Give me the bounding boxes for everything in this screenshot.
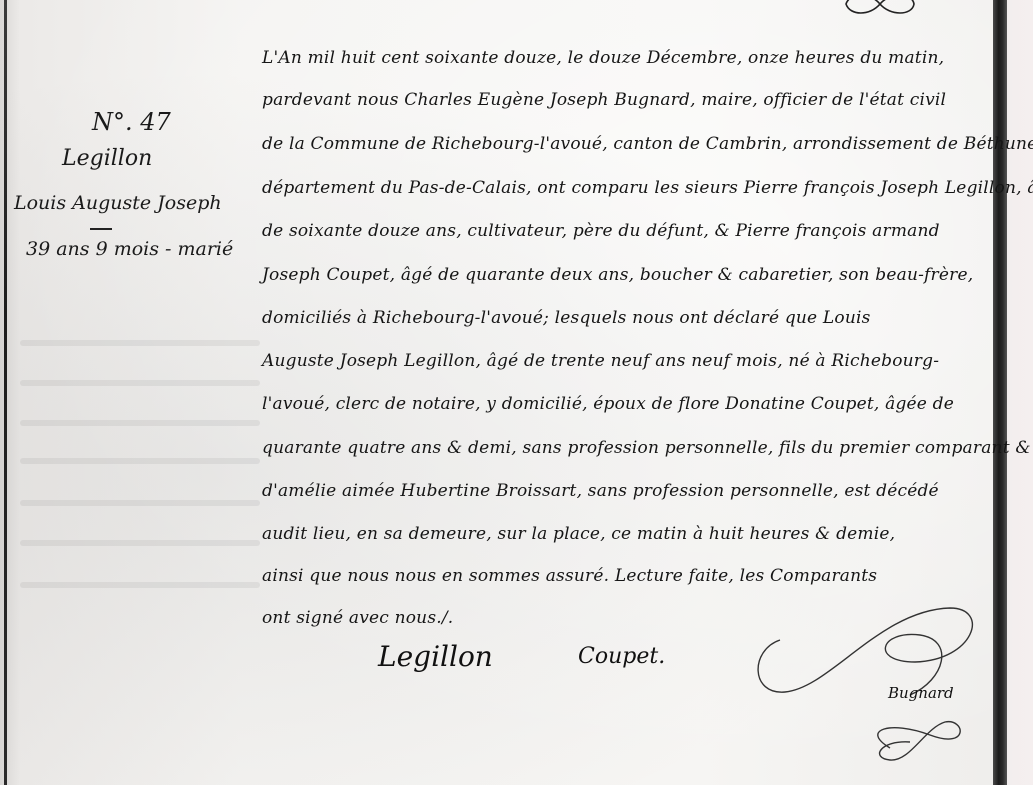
signature-coupet: Coupet. xyxy=(578,644,665,669)
bleed-through-text xyxy=(20,582,260,588)
entry-number: N°. 47 xyxy=(92,108,171,136)
bleed-through-text xyxy=(20,340,260,346)
record-line: audit lieu, en sa demeure, sur la place,… xyxy=(262,524,895,544)
bleed-through-text xyxy=(20,380,260,386)
signature-legillon: Legillon xyxy=(378,640,493,673)
bleed-through-text xyxy=(20,458,260,464)
record-line: de soixante douze ans, cultivateur, père… xyxy=(262,221,940,241)
record-line: ont signé avec nous./. xyxy=(262,608,453,628)
record-line: pardevant nous Charles Eugène Joseph Bug… xyxy=(262,90,946,110)
record-line: l'avoué, clerc de notaire, y domicilié, … xyxy=(262,394,954,414)
record-line: quarante quatre ans & demi, sans profess… xyxy=(262,438,1031,458)
bleed-through-text xyxy=(20,540,260,546)
signature-mayor: Bugnard xyxy=(888,684,954,702)
document-scan: N°. 47 Legillon Louis Auguste Joseph 39 … xyxy=(0,0,1033,785)
bleed-through-text xyxy=(20,500,260,506)
mayor-signature-flourish-icon xyxy=(740,600,1000,780)
adjacent-page-edge xyxy=(1007,0,1033,785)
record-line: Joseph Coupet, âgé de quarante deux ans,… xyxy=(262,265,973,285)
flourish-ornament-icon xyxy=(840,0,920,18)
deceased-given-names: Louis Auguste Joseph xyxy=(14,192,222,214)
record-line: domiciliés à Richebourg-l'avoué; lesquel… xyxy=(262,308,871,328)
record-line: Auguste Joseph Legillon, âgé de trente n… xyxy=(262,351,939,371)
bleed-through-text xyxy=(20,420,260,426)
deceased-surname: Legillon xyxy=(62,146,152,171)
record-line: de la Commune de Richebourg-l'avoué, can… xyxy=(262,134,1033,154)
record-line: L'An mil huit cent soixante douze, le do… xyxy=(262,48,944,68)
record-line: département du Pas-de-Calais, ont compar… xyxy=(262,178,1033,198)
record-line: ainsi que nous nous en sommes assuré. Le… xyxy=(262,566,877,586)
deceased-age-status: 39 ans 9 mois - marié xyxy=(26,238,233,260)
record-line: d'amélie aimée Hubertine Broissart, sans… xyxy=(262,481,939,501)
margin-divider xyxy=(90,228,112,230)
left-margin-rule xyxy=(4,0,7,785)
